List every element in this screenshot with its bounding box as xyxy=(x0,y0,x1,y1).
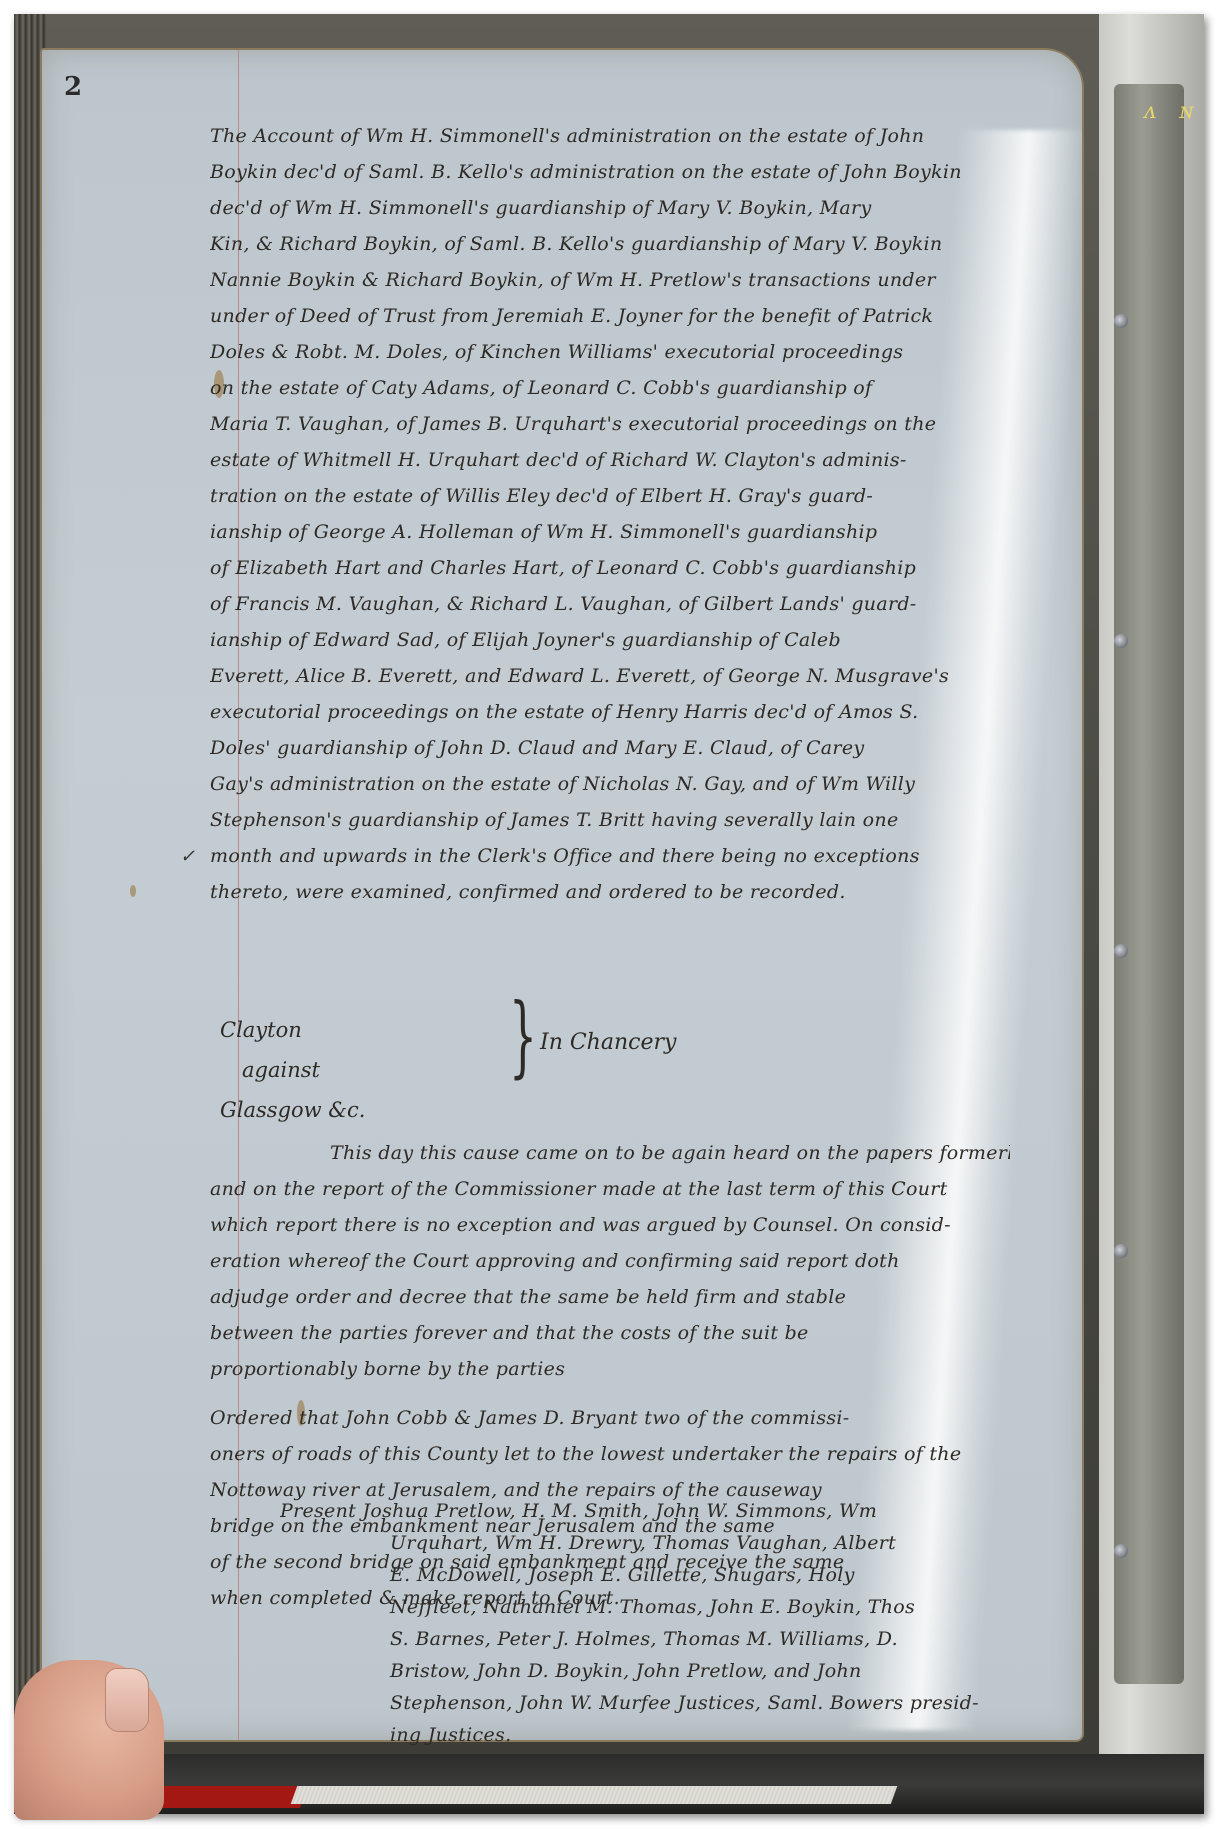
text-line: tration on the estate of Willis Eley dec… xyxy=(210,478,1010,514)
text-line: estate of Whitmell H. Urquhart dec'd of … xyxy=(210,442,1010,478)
text-line: thereto, were examined, confirmed and or… xyxy=(210,874,1010,910)
text-line: Bristow, John D. Boykin, John Pretlow, a… xyxy=(280,1655,1000,1687)
text-line: Everett, Alice B. Everett, and Edward L.… xyxy=(210,658,1010,694)
text-line: of Francis M. Vaughan, & Richard L. Vaug… xyxy=(210,586,1010,622)
text-line: Nannie Boykin & Richard Boykin, of Wm H.… xyxy=(210,262,1010,298)
text-line: Ordered that John Cobb & James D. Bryant… xyxy=(210,1400,1010,1436)
text-line: S. Barnes, Peter J. Holmes, Thomas M. Wi… xyxy=(280,1623,1000,1655)
white-cloth xyxy=(291,1786,898,1804)
text-line: oners of roads of this County let to the… xyxy=(210,1436,1010,1472)
double-tick-mark: " xyxy=(258,1484,266,1505)
text-line: between the parties forever and that the… xyxy=(210,1315,1010,1351)
text-line: of Elizabeth Hart and Charles Hart, of L… xyxy=(210,550,1010,586)
binder-ring-icon xyxy=(1114,1544,1128,1558)
text-line: Kin, & Richard Boykin, of Saml. B. Kello… xyxy=(210,226,1010,262)
binder-ring-icon xyxy=(1114,634,1128,648)
text-line: Doles & Robt. M. Doles, of Kinchen Willi… xyxy=(210,334,1010,370)
text-line: adjudge order and decree that the same b… xyxy=(210,1279,1010,1315)
text-line: Maria T. Vaughan, of James B. Urquhart's… xyxy=(210,406,1010,442)
text-line: Urquhart, Wm H. Drewry, Thomas Vaughan, … xyxy=(280,1527,1000,1559)
binder-ring-icon xyxy=(1114,1244,1128,1258)
text-line: Doles' guardianship of John D. Claud and… xyxy=(210,730,1010,766)
case-defendant: Glassgow &c. xyxy=(220,1090,365,1130)
text-line: The Account of Wm H. Simmonell's adminis… xyxy=(210,118,1010,154)
case-plaintiff: Clayton xyxy=(220,1010,365,1050)
binder-gold-lettering: ᴧ ɴ xyxy=(1144,99,1202,124)
brace-icon: } xyxy=(509,992,537,1080)
ink-stain xyxy=(130,885,136,897)
case-parties: Clayton against Glassgow &c. xyxy=(220,1010,365,1130)
case-versus: against xyxy=(220,1050,365,1090)
text-line: under of Deed of Trust from Jeremiah E. … xyxy=(210,298,1010,334)
present-paragraph: Present Joshua Pretlow, H. M. Smith, Joh… xyxy=(280,1495,1000,1751)
binder-ring-icon xyxy=(1114,314,1128,328)
text-line: Present Joshua Pretlow, H. M. Smith, Joh… xyxy=(280,1495,1000,1527)
text-line: and on the report of the Commissioner ma… xyxy=(210,1171,1010,1207)
binder-ring-icon xyxy=(1114,944,1128,958)
accounts-paragraph: The Account of Wm H. Simmonell's adminis… xyxy=(210,118,1010,910)
text-line: Stephenson's guardianship of James T. Br… xyxy=(210,802,1010,838)
text-line: ianship of George A. Holleman of Wm H. S… xyxy=(210,514,1010,550)
text-line: dec'd of Wm H. Simmonell's guardianship … xyxy=(210,190,1010,226)
text-line: ianship of Edward Sad, of Elijah Joyner'… xyxy=(210,622,1010,658)
court-label: In Chancery xyxy=(540,1030,676,1055)
page-number: 2 xyxy=(64,72,82,102)
text-line: Stephenson, John W. Murfee Justices, Sam… xyxy=(280,1687,1000,1719)
text-line: executorial proceedings on the estate of… xyxy=(210,694,1010,730)
text-line: on the estate of Caty Adams, of Leonard … xyxy=(210,370,1010,406)
text-line: Gay's administration on the estate of Ni… xyxy=(210,766,1010,802)
text-line: ing Justices. xyxy=(280,1719,1000,1751)
thumbnail xyxy=(105,1668,149,1732)
text-line: Neffleet, Nathaniel M. Thomas, John E. B… xyxy=(280,1591,1000,1623)
text-line: proportionably borne by the parties xyxy=(210,1351,1010,1387)
text-line: month and upwards in the Clerk's Office … xyxy=(210,838,1010,874)
text-line: E. McDowell, Joseph E. Gillette, Shugars… xyxy=(280,1559,1000,1591)
text-line: which report there is no exception and w… xyxy=(210,1207,1010,1243)
text-line: This day this cause came on to be again … xyxy=(210,1135,1010,1171)
check-mark-icon: ✓ xyxy=(180,846,195,867)
text-line: eration whereof the Court approving and … xyxy=(210,1243,1010,1279)
chancery-paragraph: This day this cause came on to be again … xyxy=(210,1135,1010,1387)
text-line: Boykin dec'd of Saml. B. Kello's adminis… xyxy=(210,154,1010,190)
